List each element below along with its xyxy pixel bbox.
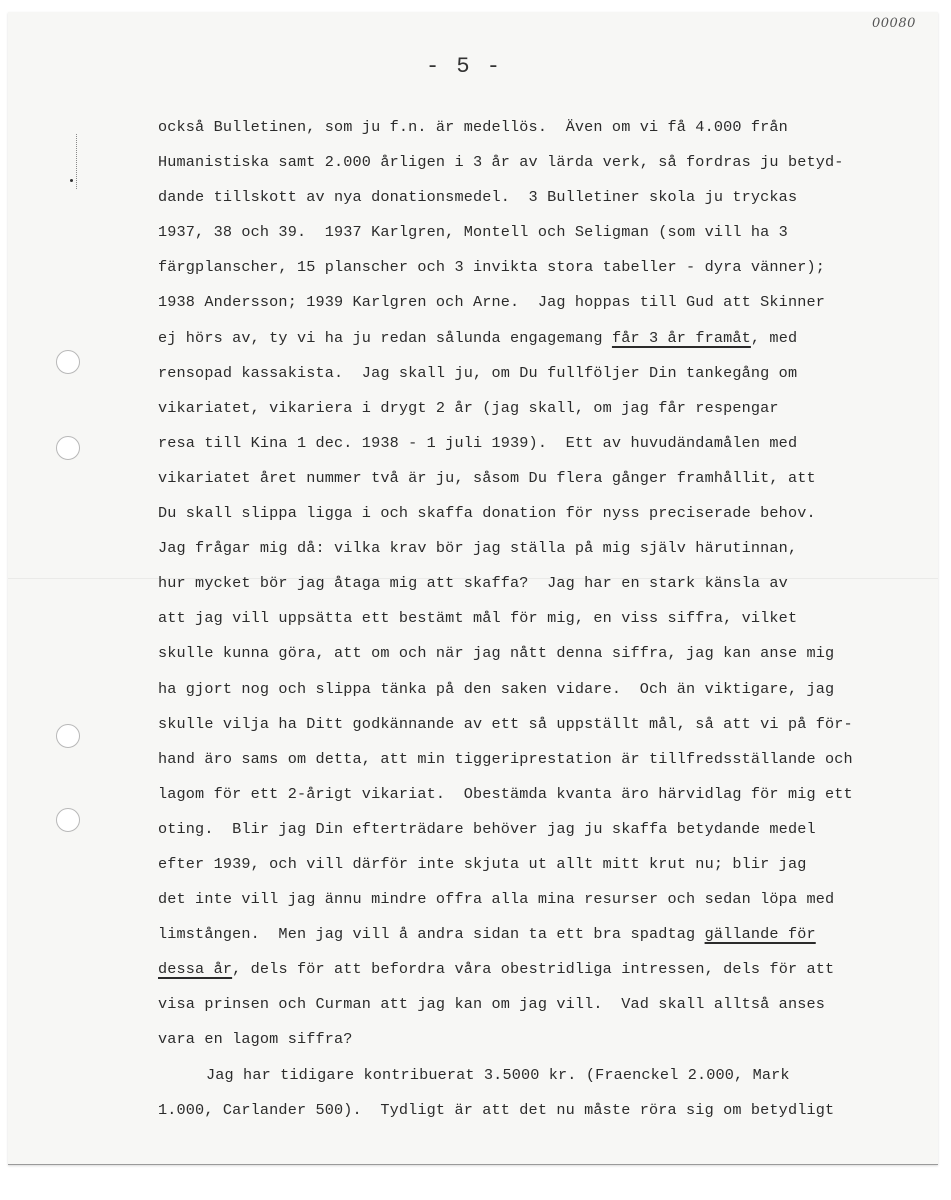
text-line: 1937, 38 och 39. 1937 Karlgren, Montell …	[158, 215, 938, 250]
text-line: att jag vill uppsätta ett bestämt mål fö…	[158, 601, 938, 636]
text-line: Jag frågar mig då: vilka krav bör jag st…	[158, 531, 938, 566]
text-line: dande tillskott av nya donationsmedel. 3…	[158, 180, 938, 215]
text-line: rensopad kassakista. Jag skall ju, om Du…	[158, 356, 938, 391]
text-line: Humanistiska samt 2.000 årligen i 3 år a…	[158, 145, 938, 180]
text-line: dessa år, dels för att befordra våra obe…	[158, 952, 938, 987]
punch-hole-icon	[56, 724, 80, 748]
underlined-phrase: får 3 år framåt	[612, 329, 751, 347]
text-line: hand äro sams om detta, att min tiggerip…	[158, 742, 938, 777]
text-line: visa prinsen och Curman att jag kan om j…	[158, 987, 938, 1022]
text-line: färgplanscher, 15 planscher och 3 invikt…	[158, 250, 938, 285]
text-line: lagom för ett 2-årigt vikariat. Obestämd…	[158, 777, 938, 812]
text-line: ha gjort nog och slippa tänka på den sak…	[158, 672, 938, 707]
text-segment: ej hörs av, ty vi ha ju redan sålunda en…	[158, 329, 612, 347]
text-line: resa till Kina 1 dec. 1938 - 1 juli 1939…	[158, 426, 938, 461]
text-line: också Bulletinen, som ju f.n. är medellö…	[158, 110, 938, 145]
text-segment: , med	[751, 329, 797, 347]
punch-hole-icon	[56, 350, 80, 374]
text-line: hur mycket bör jag åtaga mig att skaffa?…	[158, 566, 938, 601]
text-line: det inte vill jag ännu mindre offra alla…	[158, 882, 938, 917]
text-line: vara en lagom siffra?	[158, 1022, 938, 1057]
text-line: ej hörs av, ty vi ha ju redan sålunda en…	[158, 321, 938, 356]
text-segment: limstången. Men jag vill å andra sidan t…	[158, 925, 705, 943]
text-line: skulle vilja ha Ditt godkännande av ett …	[158, 707, 938, 742]
text-line: oting. Blir jag Din efterträdare behöver…	[158, 812, 938, 847]
letter-body: också Bulletinen, som ju f.n. är medellö…	[158, 110, 938, 1128]
page-number: - 5 -	[426, 54, 502, 79]
text-line: 1.000, Carlander 500). Tydligt är att de…	[158, 1093, 938, 1128]
text-segment: , dels för att befordra våra obestridlig…	[232, 960, 834, 978]
text-line: Jag har tidigare kontribuerat 3.5000 kr.…	[158, 1058, 938, 1093]
underlined-phrase: gällande för	[705, 925, 816, 943]
text-line: vikariatet, vikariera i drygt 2 år (jag …	[158, 391, 938, 426]
punch-hole-icon	[56, 808, 80, 832]
underlined-phrase: dessa år	[158, 960, 232, 978]
text-line: limstången. Men jag vill å andra sidan t…	[158, 917, 938, 952]
archive-number: 00080	[872, 16, 916, 31]
text-line: Du skall slippa ligga i och skaffa donat…	[158, 496, 938, 531]
punch-hole-icon	[56, 436, 80, 460]
paper-mark-dot	[70, 179, 73, 182]
paper-tear-mark	[56, 134, 77, 189]
text-line: 1938 Andersson; 1939 Karlgren och Arne. …	[158, 285, 938, 320]
text-line: vikariatet året nummer två är ju, såsom …	[158, 461, 938, 496]
text-line: skulle kunna göra, att om och när jag nå…	[158, 636, 938, 671]
text-line: efter 1939, och vill därför inte skjuta …	[158, 847, 938, 882]
